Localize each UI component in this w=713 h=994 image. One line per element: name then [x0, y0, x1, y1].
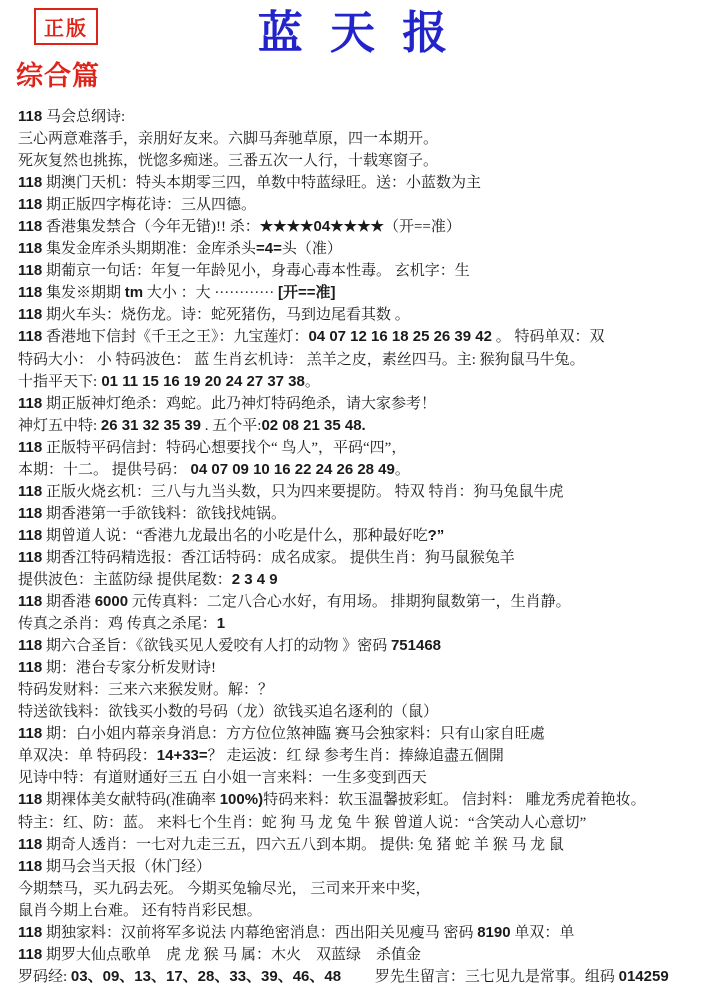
text-segment: 传真之杀肖：鸡 传真之杀尾：	[18, 616, 217, 632]
text-segment: （开==准）	[384, 219, 461, 235]
text-segment: 期葡京一句话：年复一年龄见小，身毒心毒本性毒。 玄机字：生	[42, 263, 470, 279]
text-segment-bold: 04 07 12 16 18 25 26 39 42	[308, 328, 492, 345]
text-line: 118 期火车头：烧伤龙。诗：蛇死猪伤，马到边尾看其数 。	[18, 304, 708, 326]
text-segment: 期独家料：汉前将军多说法 内幕绝密消息：西出阳关见瘦马 密码	[42, 925, 477, 941]
text-line: 今期禁马，买九码去死。 今期买兔输尽光， 三司来开来中奖，	[18, 878, 708, 900]
text-segment: 罗先生留言：三七见九是常事。组码	[341, 969, 619, 985]
text-segment-bold: ★★★★04★★★★	[260, 218, 384, 235]
text-segment: 期罗大仙点歌单 虎 龙 猴 马 属：木火 双蓝绿 杀值金	[42, 947, 421, 963]
text-segment: 。	[305, 374, 320, 390]
text-segment-bold: 6000	[95, 593, 128, 610]
text-line: 118 期正版神灯绝杀：鸡蛇。此乃神灯特码绝杀，请大家参考！	[18, 393, 708, 415]
text-segment-bold: 118	[18, 328, 42, 345]
text-segment-bold: 03、09、13、17、28、33、39、46、48	[71, 968, 341, 985]
text-segment-bold: 118	[18, 262, 42, 279]
authentic-stamp: 正版	[34, 8, 98, 45]
text-segment-bold: 26 31 32 35 39	[101, 417, 201, 434]
text-segment: ？ 走运波：红 绿 参考生肖：捧綠追盡五個開	[208, 748, 504, 764]
text-line: 本期：十二。 提供号码： 04 07 09 10 16 22 24 26 28 …	[18, 459, 708, 481]
text-segment-bold: 1	[217, 615, 225, 632]
text-segment-bold: 118	[18, 196, 42, 213]
text-segment: 期六合圣旨：《欲钱买见人爱咬有人打的动物 》密码	[42, 638, 391, 654]
text-segment: 期香港第一手欲钱料：欲钱找炖锅。	[42, 506, 286, 522]
text-segment-bold: 04 07 09 10 16 22 24 26 28 49	[191, 461, 395, 478]
text-segment-bold: 118	[18, 527, 42, 544]
text-line: 118 正版特平码信封：特码心想要找个“ 鸟人”，平码“四”，	[18, 437, 708, 459]
text-line: 118 马会总纲诗:	[18, 106, 708, 128]
text-segment: 期奇人透肖：一七对九走三五，四六五八到本期。 提供: 兔 猪 蛇 羊 猴 马 龙…	[42, 837, 564, 853]
text-line: 118 期曾道人说：“香港九龙最出名的小吃是什么，那种最好吃?”	[18, 525, 708, 547]
text-segment-bold: 118	[18, 637, 42, 654]
text-segment: 提供波色：主蓝防绿 提供尾数：	[18, 572, 232, 588]
text-segment: 期马会当天报（休门经）	[42, 859, 211, 875]
text-line: 神灯五中特: 26 31 32 35 39 . 五个平:02 08 21 35 …	[18, 415, 708, 437]
text-segment: 。 特码单双：双	[492, 329, 605, 345]
section-title: 综合篇	[16, 54, 100, 93]
text-segment: 期裸体美女献特码(准确率	[42, 792, 220, 808]
text-segment: 期香江特码精选报：香江话特码：成名成家。 提供生肖：狗马鼠猴兔羊	[42, 550, 515, 566]
content-lines: 118 马会总纲诗:三心两意难落手，亲朋好友来。六脚马奔驰草原，四一本期开。死灰…	[18, 106, 708, 988]
page-title: 蓝 天 报	[258, 0, 456, 61]
text-segment-bold: 014259	[619, 968, 669, 985]
text-segment: 特送欲钱料：欲钱买小数的号码（龙）欲钱买追名逐利的（鼠）	[18, 704, 438, 720]
text-line: 见诗中特：有道财通好三五 白小姐一言来料：一生多变到西天	[18, 767, 708, 789]
text-segment: 香港地下信封《千王之王》：九宝莲灯：	[42, 329, 308, 345]
text-line: 118 集发※期期 tm 大小 ：大 ············ [开==准]	[18, 282, 708, 304]
text-segment-bold: 751468	[391, 637, 441, 654]
text-segment-bold: [开==准]	[278, 284, 336, 301]
text-segment: 罗码经:	[18, 969, 71, 985]
text-segment: 集发金库杀头期期准：金库杀头	[42, 241, 256, 257]
text-segment: 期正版神灯绝杀：鸡蛇。此乃神灯特码绝杀，请大家参考！	[42, 396, 436, 412]
text-segment-bold: 118	[18, 306, 42, 323]
text-segment: 特主：红、防：蓝。 来料七个生肖：蛇 狗 马 龙 兔 牛 猴 曾道人说：“含笑动…	[18, 815, 586, 831]
text-segment-bold: 118	[18, 439, 42, 456]
text-line: 罗码经: 03、09、13、17、28、33、39、46、48 罗先生留言：三七…	[18, 966, 708, 988]
text-line: 118 期香港第一手欲钱料：欲钱找炖锅。	[18, 503, 708, 525]
text-line: 118 期六合圣旨：《欲钱买见人爱咬有人打的动物 》密码 751468	[18, 635, 708, 657]
text-segment-bold: 118	[18, 946, 42, 963]
text-line: 特送欲钱料：欲钱买小数的号码（龙）欲钱买追名逐利的（鼠）	[18, 701, 708, 723]
text-segment: 特码大小： 小 特码波色： 蓝 生肖玄机诗： 羔羊之皮，素丝四马。主: 猴狗鼠马…	[18, 352, 585, 368]
text-line: 特码发财料：三来六来猴发财。解：？	[18, 679, 708, 701]
text-segment-bold: 118	[18, 549, 42, 566]
text-line: 十指平天下: 01 11 15 16 19 20 24 27 37 38。	[18, 371, 708, 393]
text-line: 118 期罗大仙点歌单 虎 龙 猴 马 属：木火 双蓝绿 杀值金	[18, 944, 708, 966]
text-segment-bold: ?”	[428, 527, 445, 544]
text-line: 118 期澳门天机：特头本期零三四，单数中特蓝绿旺。送：小蓝数为主	[18, 172, 708, 194]
text-segment-bold: 118	[18, 218, 42, 235]
text-segment: 神灯五中特:	[18, 418, 101, 434]
text-segment: 期香港	[42, 594, 95, 610]
text-line: 118 正版火烧玄机：三八与九当头数，只为四来要提防。 特双 特肖：狗马兔鼠牛虎	[18, 481, 708, 503]
text-segment: 今期禁马，买九码去死。 今期买兔输尽光， 三司来开来中奖，	[18, 881, 431, 897]
text-segment: 见诗中特：有道财通好三五 白小姐一言来料：一生多变到西天	[18, 770, 427, 786]
text-segment-bold: 8190	[477, 924, 510, 941]
text-segment-bold: =4=	[256, 240, 282, 257]
text-segment: 单双决：单 特码段：	[18, 748, 157, 764]
text-segment-bold: 118	[18, 240, 42, 257]
text-line: 118 期独家料：汉前将军多说法 内幕绝密消息：西出阳关见瘦马 密码 8190 …	[18, 922, 708, 944]
text-segment: 单双：单	[511, 925, 575, 941]
text-line: 118 期：白小姐内幕亲身消息：方方位位煞神臨 赛马会独家料：只有山家自旺處	[18, 723, 708, 745]
text-segment: 十指平天下:	[18, 374, 97, 390]
text-segment: 集发※期期	[42, 285, 125, 301]
text-line: 三心两意难落手，亲朋好友来。六脚马奔驰草原，四一本期开。	[18, 128, 708, 150]
text-line: 118 期裸体美女献特码(准确率 100%)特码来料：软玉温馨披彩虹。 信封料：…	[18, 789, 708, 811]
text-segment: 正版火烧玄机：三八与九当头数，只为四来要提防。 特双 特肖：狗马兔鼠牛虎	[42, 484, 563, 500]
text-segment-bold: 118	[18, 505, 42, 522]
text-segment: 头（准）	[282, 241, 342, 257]
text-line: 118 期香江特码精选报：香江话特码：成名成家。 提供生肖：狗马鼠猴兔羊	[18, 547, 708, 569]
text-segment-bold: 118	[18, 858, 42, 875]
text-segment: 特码来料：软玉温馨披彩虹。 信封料： 雕龙秀虎着艳妆。	[263, 792, 646, 808]
text-segment: 。	[395, 462, 410, 478]
text-segment-bold: 118	[18, 924, 42, 941]
text-segment-bold: 118	[18, 593, 42, 610]
text-segment: 特码发财料：三来六来猴发财。解：？	[18, 682, 273, 698]
text-segment-bold: 01 11 15 16 19 20 24 27 37 38	[97, 373, 305, 390]
text-line: 鼠肖今期上台难。 还有特肖彩民想。	[18, 900, 708, 922]
text-line: 118 集发金库杀头期期准：金库杀头=4=头（准）	[18, 238, 708, 260]
text-segment: 大小 ：大 ············	[143, 285, 278, 301]
text-segment-bold: 118	[18, 108, 42, 125]
text-segment: 期：港台专家分析发财诗!	[42, 660, 216, 676]
text-segment: 死灰复然也挑拣，恍惚多痴迷。三番五次一人行，十载寒窗子。	[18, 153, 438, 169]
text-line: 提供波色：主蓝防绿 提供尾数：2 3 4 9	[18, 569, 708, 591]
text-segment: 期曾道人说：“香港九龙最出名的小吃是什么，那种最好吃	[42, 528, 427, 544]
text-line: 118 期葡京一句话：年复一年龄见小，身毒心毒本性毒。 玄机字：生	[18, 260, 708, 282]
text-line: 118 期奇人透肖：一七对九走三五，四六五八到本期。 提供: 兔 猪 蛇 羊 猴…	[18, 834, 708, 856]
text-line: 118 期马会当天报（休门经）	[18, 856, 708, 878]
text-segment: 期正版四字梅花诗：三从四德。	[42, 197, 256, 213]
text-segment-bold: 118	[18, 284, 42, 301]
text-segment-bold: 14+33=	[157, 747, 208, 764]
text-line: 118 期：港台专家分析发财诗!	[18, 657, 708, 679]
text-segment: 三心两意难落手，亲朋好友来。六脚马奔驰草原，四一本期开。	[18, 131, 438, 147]
text-segment-bold: 118	[18, 725, 42, 742]
text-segment: 期：白小姐内幕亲身消息：方方位位煞神臨 赛马会独家料：只有山家自旺處	[42, 726, 545, 742]
text-segment: 本期：十二。 提供号码：	[18, 462, 191, 478]
text-segment: 香港集发禁合（今年无错)!! 杀：	[42, 219, 260, 235]
text-segment-bold: 118	[18, 836, 42, 853]
text-line: 118 香港地下信封《千王之王》：九宝莲灯：04 07 12 16 18 25 …	[18, 326, 708, 348]
text-line: 118 期香港 6000 元传真料：二定八合心水好，有用场。 排期狗鼠数第一，生…	[18, 591, 708, 613]
text-line: 特主：红、防：蓝。 来料七个生肖：蛇 狗 马 龙 兔 牛 猴 曾道人说：“含笑动…	[18, 812, 708, 834]
text-segment-bold: 2 3 4 9	[232, 571, 278, 588]
text-segment: 期火车头：烧伤龙。诗：蛇死猪伤，马到边尾看其数 。	[42, 307, 410, 323]
text-segment: 元传真料：二定八合心水好，有用场。 排期狗鼠数第一，生肖静。	[128, 594, 571, 610]
text-segment-bold: 118	[18, 174, 42, 191]
text-segment: 马会总纲诗:	[42, 109, 125, 125]
text-line: 单双决：单 特码段：14+33=？ 走运波：红 绿 参考生肖：捧綠追盡五個開	[18, 745, 708, 767]
text-segment-bold: 118	[18, 659, 42, 676]
text-segment: 正版特平码信封：特码心想要找个“ 鸟人”，平码“四”，	[42, 440, 406, 456]
text-segment-bold: tm	[125, 284, 143, 301]
text-line: 118 香港集发禁合（今年无错)!! 杀：★★★★04★★★★（开==准）	[18, 216, 708, 238]
text-segment: 鼠肖今期上台难。 还有特肖彩民想。	[18, 903, 262, 919]
text-line: 118 期正版四字梅花诗：三从四德。	[18, 194, 708, 216]
text-segment: . 五个平:	[201, 418, 261, 434]
text-segment: 期澳门天机：特头本期零三四，单数中特蓝绿旺。送：小蓝数为主	[42, 175, 481, 191]
text-segment-bold: 118	[18, 791, 42, 808]
text-segment-bold: 100%)	[220, 791, 263, 808]
text-line: 特码大小： 小 特码波色： 蓝 生肖玄机诗： 羔羊之皮，素丝四马。主: 猴狗鼠马…	[18, 349, 708, 371]
text-line: 传真之杀肖：鸡 传真之杀尾：1	[18, 613, 708, 635]
text-segment-bold: 118	[18, 395, 42, 412]
text-segment-bold: 118	[18, 483, 42, 500]
text-line: 死灰复然也挑拣，恍惚多痴迷。三番五次一人行，十载寒窗子。	[18, 150, 708, 172]
text-segment-bold: 02 08 21 35 48.	[261, 417, 365, 434]
